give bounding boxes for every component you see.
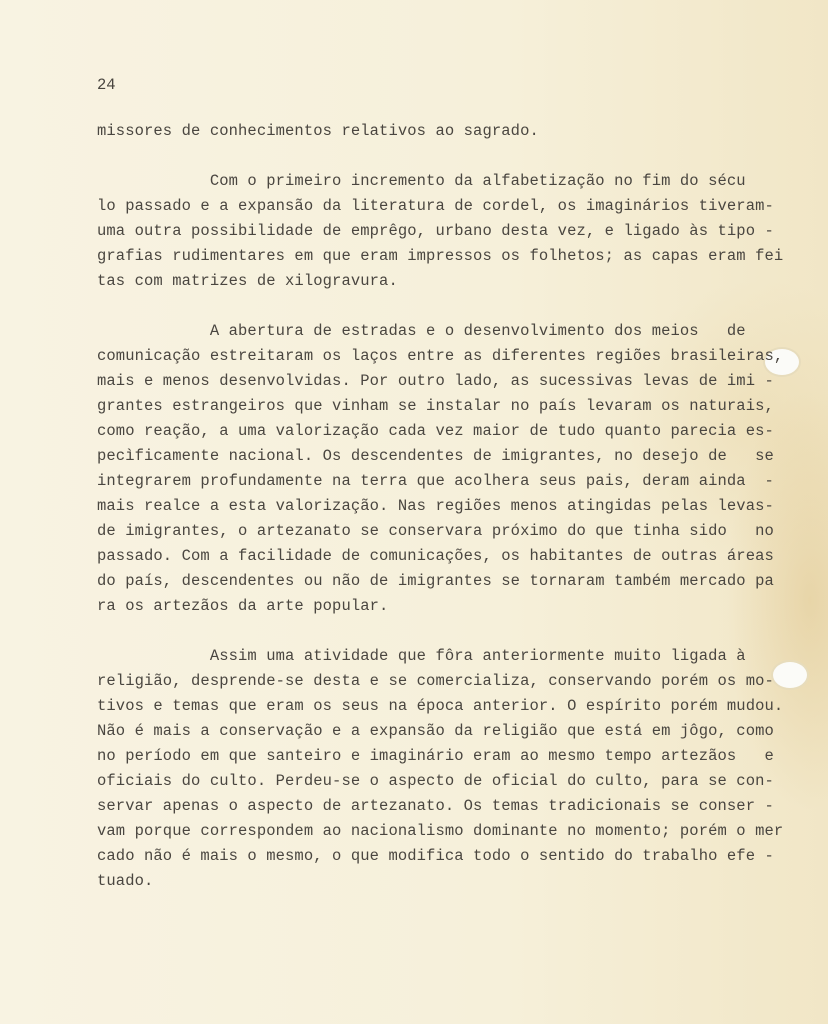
text-line: missores de conhecimentos relativos ao s…: [97, 122, 539, 140]
text-line: oficiais do culto. Perdeu-se o aspecto d…: [97, 772, 774, 790]
text-line: grantes estrangeiros que vinham se insta…: [97, 397, 774, 415]
text-line: passado. Com a facilidade de comunicaçõe…: [97, 547, 774, 565]
punch-hole: [773, 662, 807, 688]
text-line: vam porque correspondem ao nacionalismo …: [97, 822, 783, 840]
text-line: tivos e temas que eram os seus na época …: [97, 697, 783, 715]
text-line: servar apenas o aspecto de artezanato. O…: [97, 797, 774, 815]
page-number: 24: [97, 76, 116, 94]
text-line: do país, descendentes ou não de imigrant…: [97, 572, 774, 590]
text-line: no período em que santeiro e imaginário …: [97, 747, 774, 765]
text-line: religião, desprende-se desta e se comerc…: [97, 672, 774, 690]
text-line: mais realce a esta valorização. Nas regi…: [97, 497, 774, 515]
text-line: de imigrantes, o artezanato se conservar…: [97, 522, 774, 540]
text-line: cado não é mais o mesmo, o que modifica …: [97, 847, 774, 865]
text-line: Com o primeiro incremento da alfabetizaç…: [97, 172, 746, 190]
text-line: lo passado e a expansão da literatura de…: [97, 197, 774, 215]
document-page: 24 missores de conhecimentos relativos a…: [0, 0, 834, 1024]
text-line: como reação, a uma valorização cada vez …: [97, 422, 774, 440]
text-line: uma outra possibilidade de emprêgo, urba…: [97, 222, 774, 240]
text-line: integrarem profundamente na terra que ac…: [97, 472, 774, 490]
text-line: Não é mais a conservação e a expansão da…: [97, 722, 774, 740]
text-line: tas com matrizes de xilogravura.: [97, 272, 398, 290]
text-line: grafias rudimentares em que eram impress…: [97, 247, 783, 265]
text-line: tuado.: [97, 872, 153, 890]
text-line: pecìficamente nacional. Os descendentes …: [97, 447, 774, 465]
text-line: comunicação estreitaram os laços entre a…: [97, 347, 783, 365]
text-line: A abertura de estradas e o desenvolvimen…: [97, 322, 746, 340]
text-line: ra os artezãos da arte popular.: [97, 597, 388, 615]
text-line: mais e menos desenvolvidas. Por outro la…: [97, 372, 774, 390]
text-line: Assim uma atividade que fôra anteriormen…: [97, 647, 746, 665]
page-edge: [828, 0, 834, 1024]
